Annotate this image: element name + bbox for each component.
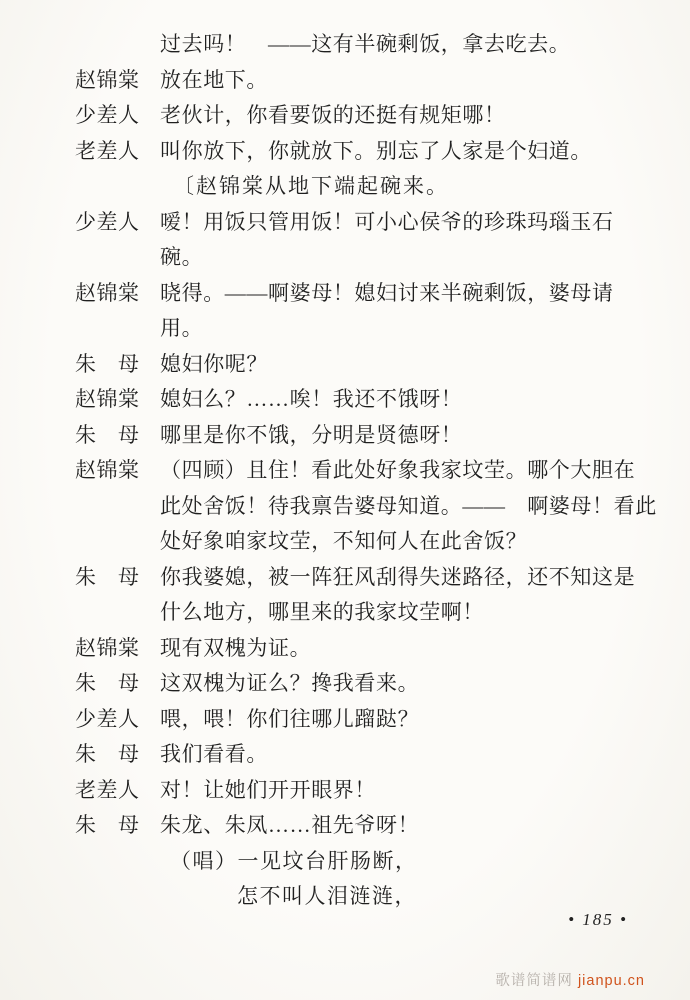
speaker-name: 赵锦棠 [75,631,160,667]
script-line: 此处舍饭！待我禀告婆母知道。—— 啊婆母！看此 [0,489,690,525]
speaker-name: 赵锦棠 [75,63,160,99]
speaker-name: 少差人 [75,205,160,241]
line-text: 放在地下。 [160,63,268,99]
watermark-site-url: jianpu.cn [578,973,645,989]
line-text: 哪里是你不饿，分明是贤德呀！ [160,418,462,454]
script-line: 朱 母 你我婆媳，被一阵狂风刮得失迷路径，还不知这是 [0,560,690,596]
line-text: 你我婆媳，被一阵狂风刮得失迷路径，还不知这是 [160,560,635,596]
script-line: 过去吗！ ——这有半碗剩饭，拿去吃去。 [0,27,690,63]
script-body: 过去吗！ ——这有半碗剩饭，拿去吃去。 赵锦棠 放在地下。 少差人 老伙计，你看… [0,27,690,915]
line-text: 这双槐为证么？搀我看来。 [160,666,419,702]
script-line: 老差人 对！让她们开开眼界！ [0,773,690,809]
line-text: 媳妇你呢？ [160,347,268,383]
speaker-name: 朱 母 [75,347,160,383]
speaker-name: 朱 母 [75,418,160,454]
speaker-name: 朱 母 [75,560,160,596]
line-text: 媳妇么？……唉！我还不饿呀！ [160,382,462,418]
line-text: （唱）一见坟台肝肠断， [170,844,418,880]
speaker-name: 朱 母 [75,737,160,773]
script-line: 赵锦棠 放在地下。 [0,63,690,99]
speaker-name: 少差人 [75,98,160,134]
script-line: 〔赵锦棠从地下端起碗来。 [0,169,690,205]
script-line: 老差人 叫你放下，你就放下。别忘了人家是个妇道。 [0,134,690,170]
speaker-name: 朱 母 [75,808,160,844]
script-line: 碗。 [0,240,690,276]
script-line: 朱 母 媳妇你呢？ [0,347,690,383]
line-text: 喂，喂！你们往哪儿蹓跶？ [160,702,419,738]
line-text: 朱龙、朱凤……祖先爷呀！ [160,808,419,844]
script-line: 少差人 老伙计，你看要饭的还挺有规矩哪！ [0,98,690,134]
speaker-name: 老差人 [75,134,160,170]
script-line: 朱 母 哪里是你不饿，分明是贤德呀！ [0,418,690,454]
script-line: （唱）一见坟台肝肠断， [0,844,690,880]
speaker-name: 老差人 [75,773,160,809]
line-text: 怎不叫人泪涟涟， [237,879,417,915]
line-text: （四顾）且住！看此处好象我家坟茔。哪个大胆在 [160,453,635,489]
script-line: 赵锦棠 （四顾）且住！看此处好象我家坟茔。哪个大胆在 [0,453,690,489]
line-text: 我们看看。 [160,737,268,773]
script-line: 什么地方，哪里来的我家坟茔啊！ [0,595,690,631]
script-line: 赵锦棠 晓得。——啊婆母！媳妇讨来半碗剩饭，婆母请 [0,276,690,312]
script-line: 朱 母 朱龙、朱凤……祖先爷呀！ [0,808,690,844]
script-line: 朱 母 这双槐为证么？搀我看来。 [0,666,690,702]
watermark: 歌谱简谱网 jianpu.cn [495,969,645,990]
line-text: 此处舍饭！待我禀告婆母知道。—— 啊婆母！看此 [160,489,657,525]
script-line: 赵锦棠 现有双槐为证。 [0,631,690,667]
line-text: 〔赵锦棠从地下端起碗来。 [173,169,449,205]
script-line: 赵锦棠 媳妇么？……唉！我还不饿呀！ [0,382,690,418]
speaker-name: 赵锦棠 [75,453,160,489]
script-line: 用。 [0,311,690,347]
line-text: 叫你放下，你就放下。别忘了人家是个妇道。 [160,134,592,170]
line-text: 过去吗！ ——这有半碗剩饭，拿去吃去。 [160,27,570,63]
script-line: 少差人 喂，喂！你们往哪儿蹓跶？ [0,702,690,738]
watermark-site-name: 歌谱简谱网 [495,973,573,989]
line-text: 晓得。——啊婆母！媳妇讨来半碗剩饭，婆母请 [160,276,614,312]
line-text: 碗。 [160,240,203,276]
script-line: 朱 母 我们看看。 [0,737,690,773]
speaker-name: 赵锦棠 [75,382,160,418]
speaker-name: 朱 母 [75,666,160,702]
line-text: 处好象咱家坟茔，不知何人在此舍饭？ [160,524,527,560]
line-text: 现有双槐为证。 [160,631,311,667]
line-text: 什么地方，哪里来的我家坟茔啊！ [160,595,484,631]
line-text: 用。 [160,311,203,347]
line-text: 对！让她们开开眼界！ [160,773,376,809]
script-line: 处好象咱家坟茔，不知何人在此舍饭？ [0,524,690,560]
line-text: 老伙计，你看要饭的还挺有规矩哪！ [160,98,506,134]
line-text: 嗳！用饭只管用饭！可小心侯爷的珍珠玛瑙玉石 [160,205,614,241]
page-number: • 185 • [568,910,628,930]
speaker-name: 赵锦棠 [75,276,160,312]
script-line: 少差人 嗳！用饭只管用饭！可小心侯爷的珍珠玛瑙玉石 [0,205,690,241]
speaker-name: 少差人 [75,702,160,738]
scanned-script-page: 过去吗！ ——这有半碗剩饭，拿去吃去。 赵锦棠 放在地下。 少差人 老伙计，你看… [0,0,690,1000]
